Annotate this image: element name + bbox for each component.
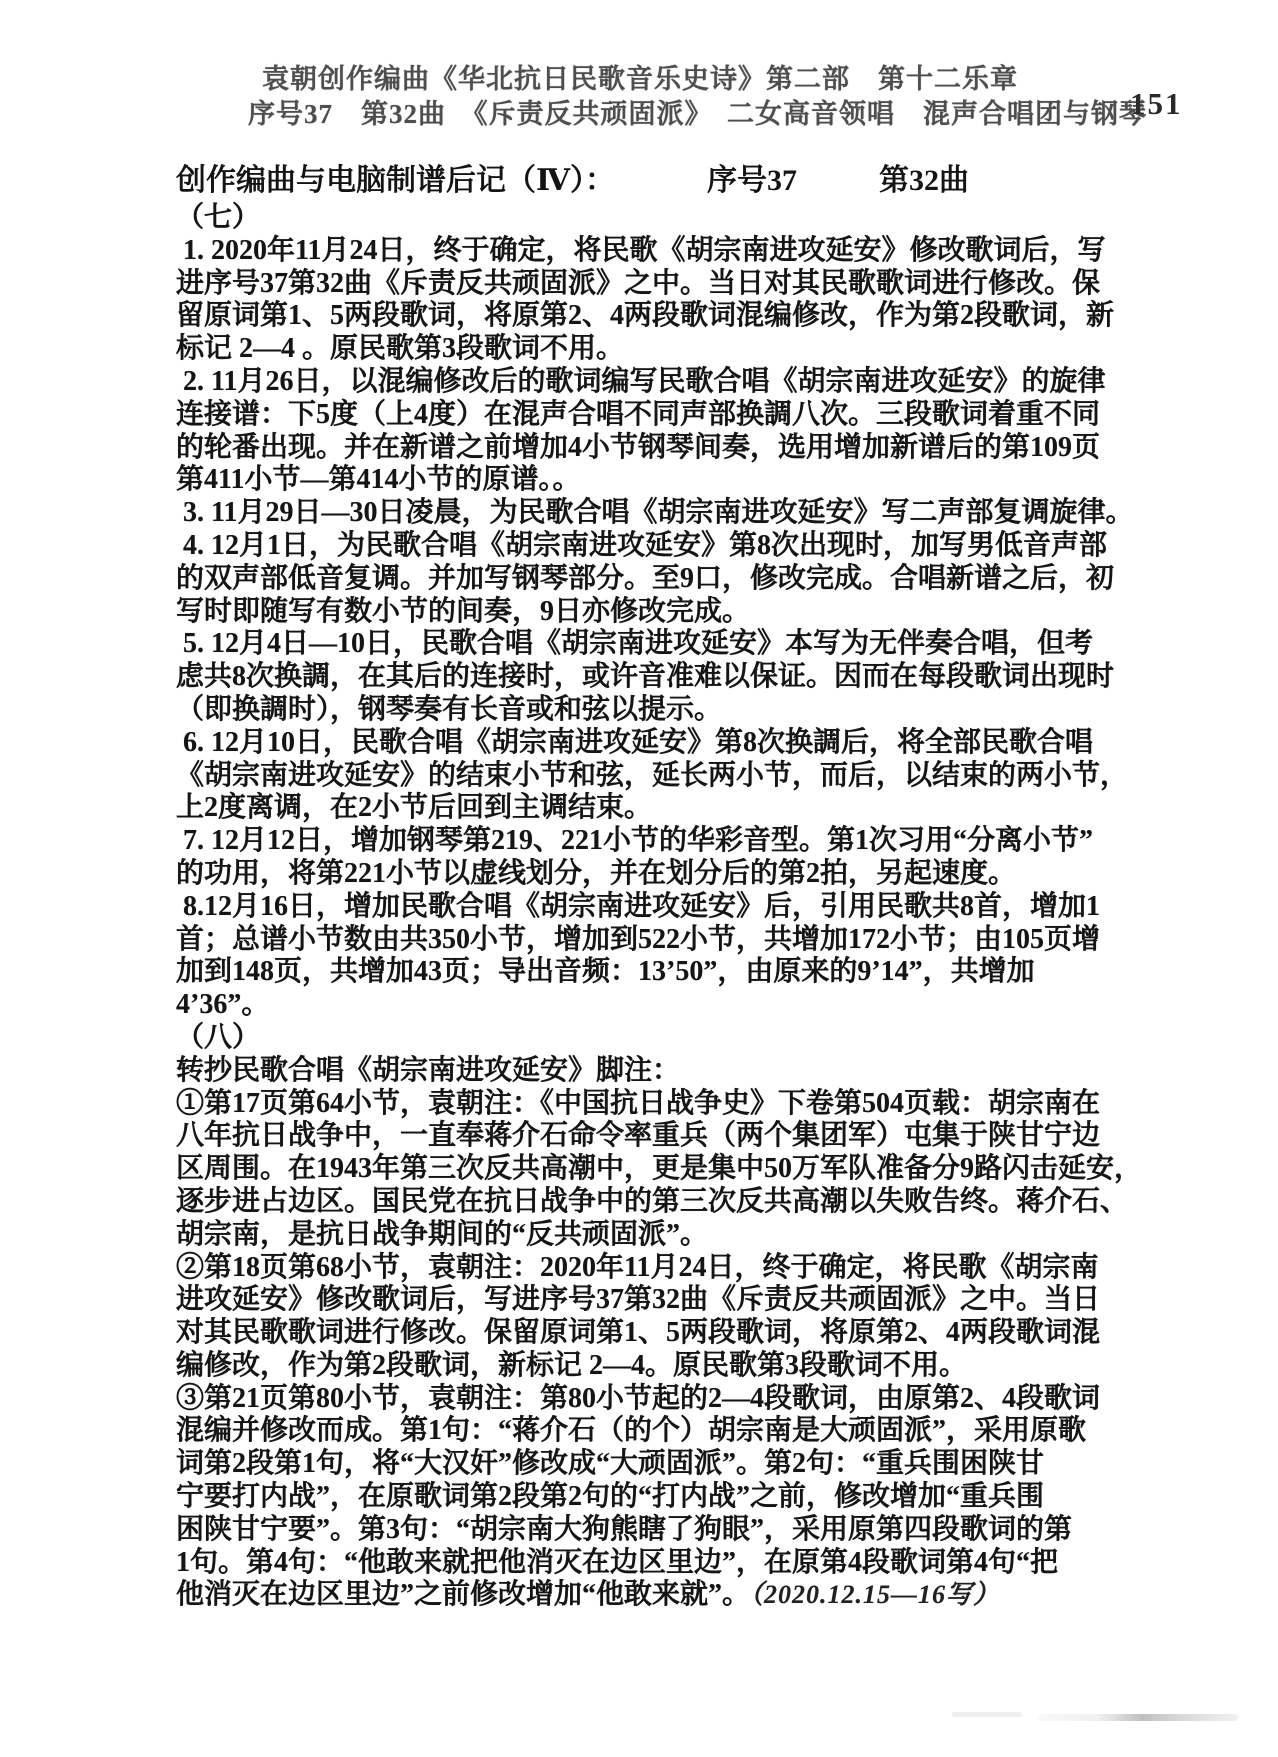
text-line: ③第21页第80小节，袁朝注：第80小节起的2—4段歌词，由原第2、4段歌词 [176, 1383, 1136, 1416]
text-line: 3. 11月29日—30日凌晨，为民歌合唱《胡宗南进攻延安》写二声部复调旋律。 [176, 497, 1136, 530]
text-line: 《胡宗南进攻延安》的结束小节和弦，延长两小节，而后，以结束的两小节， [176, 760, 1136, 793]
text-line: 2. 11月26日，以混编修改后的歌词编写民歌合唱《胡宗南进攻延安》的旋律 [176, 366, 1136, 399]
text-line: 4’36”。 [176, 989, 1136, 1022]
body-text-column: （七） 1. 2020年11月24日，终于确定，将民歌《胡宗南进攻延安》修改歌词… [176, 202, 1136, 1612]
scan-smudge [952, 1712, 1022, 1717]
running-head-line-2: 序号37 第32曲 《斥责反共顽固派》 二女高音领唱 混声合唱团与钢琴 [248, 92, 1147, 131]
text-line: 第411小节—第414小节的原谱。。 [176, 464, 1136, 497]
text-line: 的双声部低音复调。并加写钢琴部分。至9口，修改完成。合唱新谱之后，初 [176, 563, 1136, 596]
doc-title-row: 创作编曲与电脑制谱后记（Ⅳ）： 序号37 第32曲 [176, 155, 969, 199]
page-number: 151 [1130, 86, 1183, 122]
text-line: 上2度离调，在2小节后回到主调结束。 [176, 792, 1136, 825]
text-line: 写时即随写有数小节的间奏，9日亦修改完成。 [176, 596, 1136, 629]
scan-smudge [1038, 1714, 1238, 1721]
text-line: 逐步进占边区。国民党在抗日战争中的第三次反共高潮以失败告终。蒋介石、 [176, 1186, 1136, 1219]
section-8-heading: （八） [176, 1022, 1136, 1055]
text-line: ①第17页第64小节，袁朝注：《中国抗日战争史》下卷第504页载：胡宗南在 [176, 1088, 1136, 1121]
text-line: 困陕甘宁要”。第3句：“胡宗南大狗熊瞎了狗眼”，采用原第四段歌词的第 [176, 1514, 1136, 1547]
text-line: 宁要打内战”，在原歌词第2段第2句的“打内战”之前，修改增加“重兵围 [176, 1481, 1136, 1514]
text-line: 胡宗南，是抗日战争期间的“反共顽固派”。 [176, 1219, 1136, 1252]
text-line: 编修改，作为第2段歌词，新标记 2—4。原民歌第3段歌词不用。 [176, 1350, 1136, 1383]
text-line: ②第18页第68小节，袁朝注：2020年11月24日，终于确定，将民歌《胡宗南 [176, 1252, 1136, 1285]
text-line: 八年抗日战争中，一直奉蒋介石命令率重兵（两个集团军）屯集于陕甘宁边 [176, 1120, 1136, 1153]
text-line: 加到148页，共增加43页；导出音频：13’50”，由原来的9’14”，共增加 [176, 956, 1136, 989]
text-line: 对其民歌歌词进行修改。保留原词第1、5两段歌词，将原第2、4两段歌词混 [176, 1317, 1136, 1350]
text-line: 虑共8次换調，在其后的连接时，或许音准难以保证。因而在每段歌词出现时 [176, 661, 1136, 694]
text-line: 8.12月16日，增加民歌合唱《胡宗南进攻延安》后，引用民歌共8首，增加1 [176, 891, 1136, 924]
date-note: （2020.12.15—16写） [750, 1580, 1000, 1609]
text-line: 进序号37第32曲《斥责反共顽固派》之中。当日对其民歌歌词进行修改。保 [176, 268, 1136, 301]
text-line: 7. 12月12日，增加钢琴第219、221小节的华彩音型。第1次习用“分离小节… [176, 825, 1136, 858]
text-line: 的轮番出现。并在新谱之前增加4小节钢琴间奏，选用增加新谱后的第109页 [176, 432, 1136, 465]
text-line: 的功用，将第221小节以虚线划分，并在划分后的第2拍，另起速度。 [176, 858, 1136, 891]
text-line: 标记 2—4 。原民歌第3段歌词不用。 [176, 333, 1136, 366]
text-line: （即换調时），钢琴奏有长音或和弦以提示。 [176, 694, 1136, 727]
text-line: 进攻延安》修改歌词后，写进序号37第32曲《斥责反共顽固派》之中。当日 [176, 1284, 1136, 1317]
title-serial-number: 序号37 [707, 155, 797, 199]
text-line: 首；总谱小节数由共350小节，增加到522小节，共增加172小节；由105页增 [176, 924, 1136, 957]
title-piece-number: 第32曲 [879, 155, 969, 199]
text-line: 1句。第4句：“他敢来就把他消灭在边区里边”，在原第4段歌词第4句“把 [176, 1547, 1136, 1580]
text-line: 词第2段第1句，将“大汉奸”修改成“大顽固派”。第2句：“重兵围困陕甘 [176, 1448, 1136, 1481]
text-line: 区周围。在1943年第三次反共高潮中，更是集中50万军队准备分9路闪击延安， [176, 1153, 1136, 1186]
text-line: 5. 12月4日—10日，民歌合唱《胡宗南进攻延安》本写为无伴奏合唱，但考 [176, 628, 1136, 661]
text-line: 6. 12月10日，民歌合唱《胡宗南进攻延安》第8次换調后，将全部民歌合唱 [176, 727, 1136, 760]
text-line: 留原词第1、5两段歌词，将原第2、4两段歌词混编修改，作为第2段歌词，新 [176, 300, 1136, 333]
text-line: 4. 12月1日，为民歌合唱《胡宗南进攻延安》第8次出现时，加写男低音声部 [176, 530, 1136, 563]
closing-line: 他消灭在边区里边”之前修改增加“他敢来就”。（2020.12.15—16写） [176, 1579, 1136, 1612]
doc-title: 创作编曲与电脑制谱后记（Ⅳ）： [176, 155, 615, 199]
text-line: 他消灭在边区里边”之前修改增加“他敢来就”。 [176, 1579, 750, 1610]
text-line: 连接谱：下5度（上4度）在混声合唱不同声部换調八次。三段歌词着重不同 [176, 399, 1136, 432]
running-head-line-1: 袁朝创作编曲《华北抗日民歌音乐史诗》第二部 第十二乐章 [262, 57, 1018, 96]
document-page: 袁朝创作编曲《华北抗日民歌音乐史诗》第二部 第十二乐章 序号37 第32曲 《斥… [0, 0, 1278, 1757]
text-line: 1. 2020年11月24日，终于确定，将民歌《胡宗南进攻延安》修改歌词后，写 [176, 235, 1136, 268]
section-7-heading: （七） [176, 202, 1136, 235]
text-line: 混编并修改而成。第1句：“蒋介石（的个）胡宗南是大顽固派”，采用原歌 [176, 1415, 1136, 1448]
text-line: 转抄民歌合唱《胡宗南进攻延安》脚注： [176, 1055, 1136, 1088]
